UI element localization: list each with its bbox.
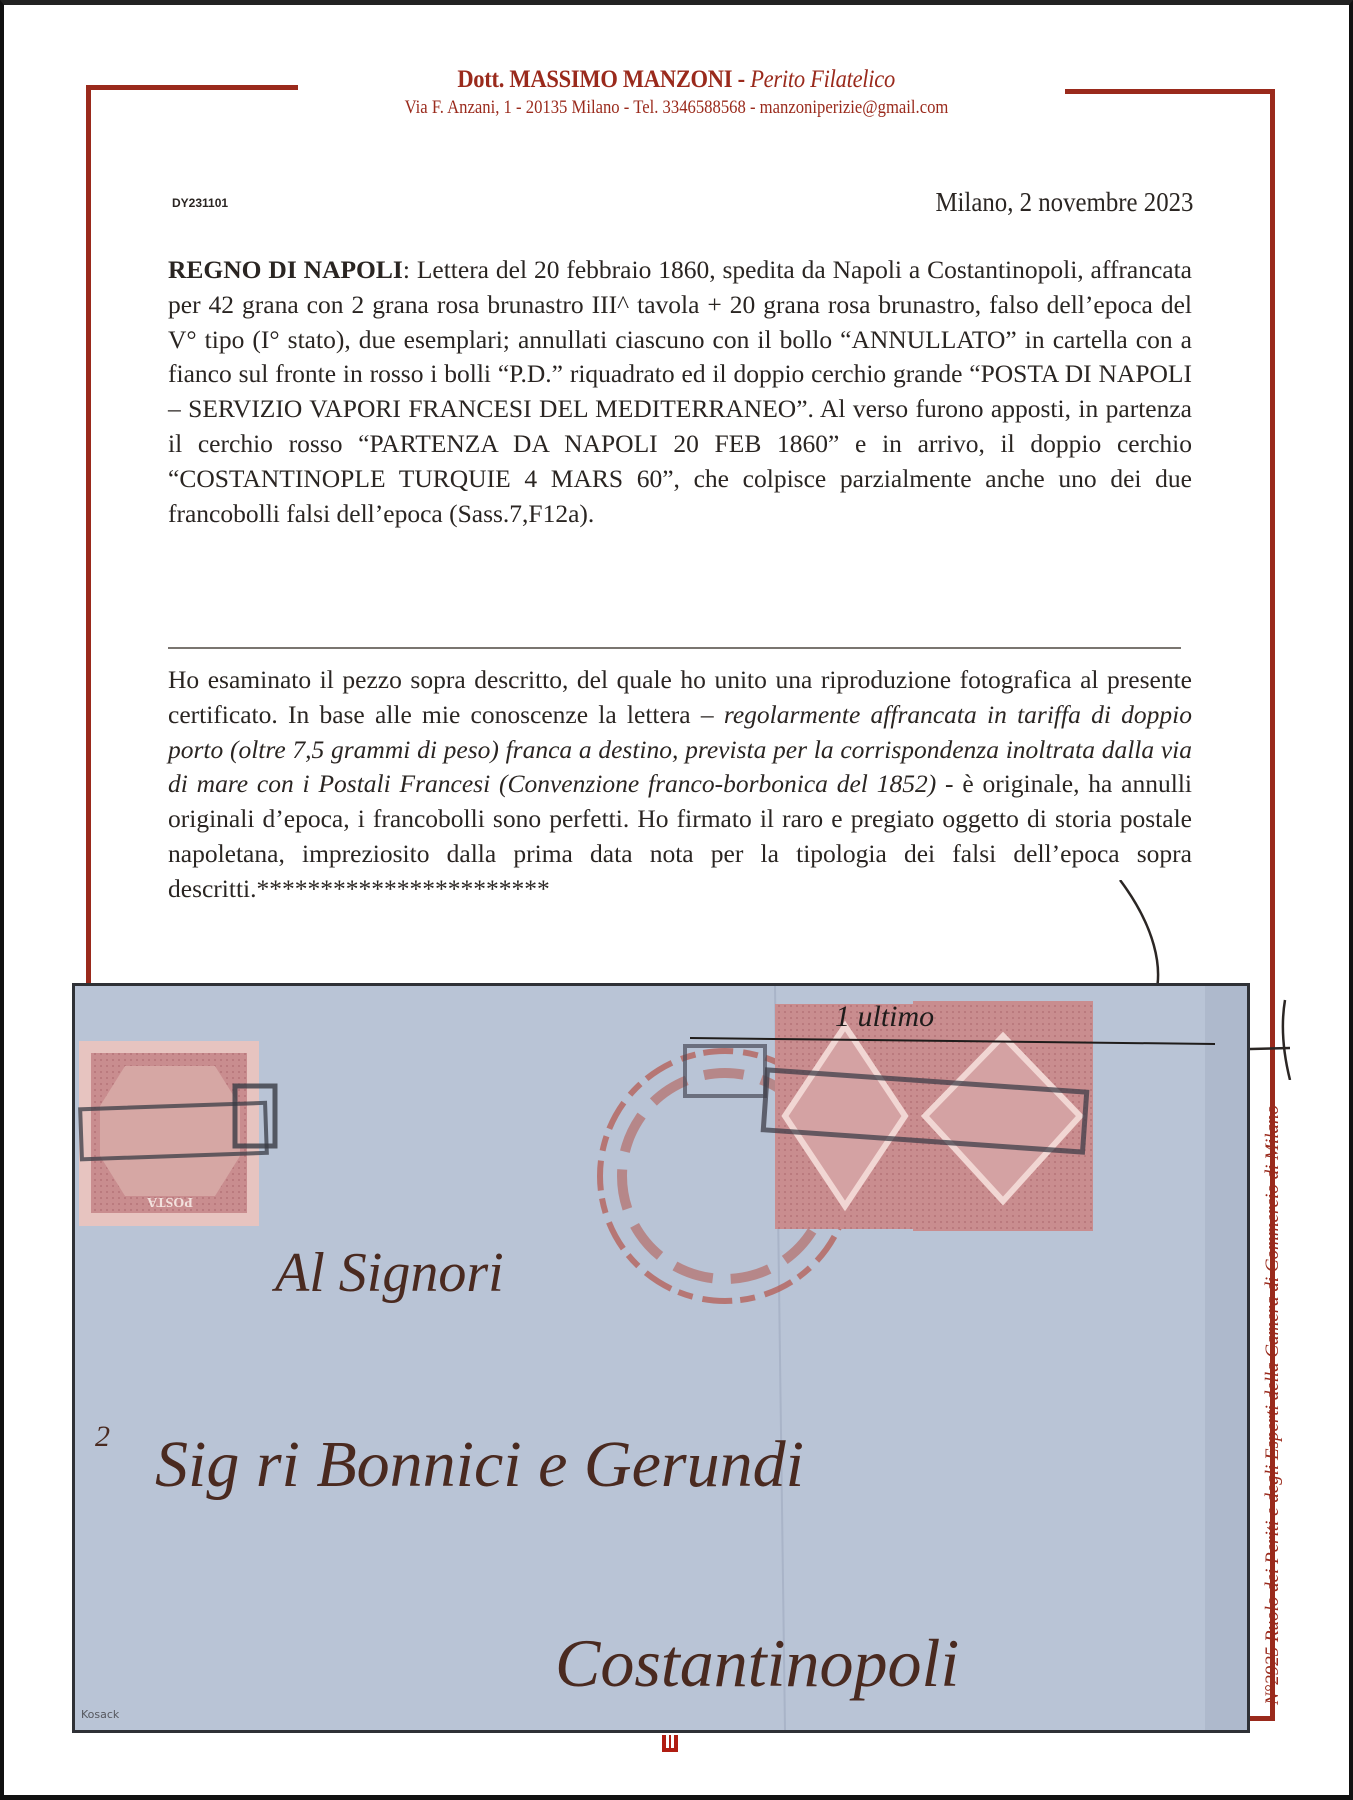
expert-name: Dott. MASSIMO MANZONI [458,66,733,93]
svg-text:Al Signori: Al Signori [271,1242,504,1304]
stamp-2-grana: POSTA [79,1041,259,1226]
expert-address: Via F. Anzani, 1 - 20135 Milano - Tel. 3… [248,98,1106,119]
letterhead: Dott. MASSIMO MANZONI - Perito Filatelic… [200,66,1153,119]
svg-text:Costantinopoli: Costantinopoli [555,1625,959,1701]
certificate-reference: DY231101 [172,196,228,210]
page-marker-icon [662,1735,692,1753]
svg-text:Sig ri Bonnici e Gerundi: Sig ri Bonnici e Gerundi [155,1428,804,1501]
name-separator: - [733,66,751,93]
registry-note: N°2925 Ruolo dei Periti e degli Esperti … [1262,1085,1284,1705]
certificate-date: Milano, 2 novembre 2023 [935,187,1193,218]
border-left [86,85,91,990]
svg-text:2: 2 [95,1420,110,1453]
svg-text:POSTA: POSTA [146,1194,193,1209]
letter-photograph: POSTA 1 ultimo Al Signori 2 Sig ri Bonni… [72,983,1250,1733]
description-text: : Lettera del 20 febbraio 1860, spedita … [168,255,1192,528]
expert-role: Perito Filatelico [751,66,896,93]
letter-illustration: POSTA 1 ultimo Al Signori 2 Sig ri Bonni… [75,986,1247,1730]
svg-text:Kosack: Kosack [81,1708,120,1721]
expert-name-line: Dott. MASSIMO MANZONI - Perito Filatelic… [458,66,896,94]
description-paragraph: REGNO DI NAPOLI: Lettera del 20 febbraio… [168,253,1192,531]
svg-text:1 ultimo: 1 ultimo [835,1000,934,1033]
section-divider [168,647,1181,649]
stamp-pair-20-grana [775,1001,1093,1231]
description-heading: REGNO DI NAPOLI [168,255,403,284]
opinion-paragraph: Ho esaminato il pezzo sopra descritto, d… [168,663,1192,907]
